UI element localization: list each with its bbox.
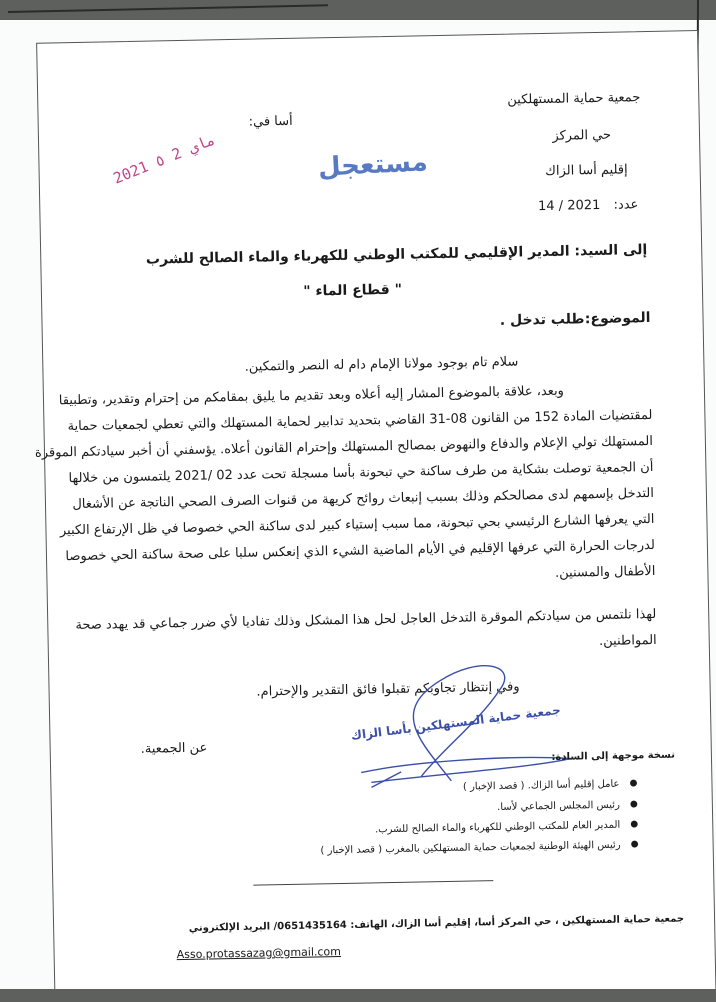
request-line-1: لهذا نلتمس من سيادتكم الموقرة التدخل الع… (75, 602, 656, 640)
recipient-sector: " قطاع الماء " (303, 282, 402, 300)
urgent-stamp: مستعجل (317, 147, 428, 183)
subject-label: الموضوع: (585, 310, 651, 327)
reference-number: 2021 / 14 (538, 198, 601, 214)
org-name: جمعية حماية المستهلكين (507, 90, 640, 108)
request-line-2: المواطنين. (599, 628, 657, 656)
body-line-8: الأطفال والمسنين. (555, 559, 656, 587)
on-behalf-label: عن الجمعية. (141, 741, 208, 757)
scan-bottom-border (0, 989, 716, 1002)
subject-value: طلب تدخل . (500, 311, 585, 329)
footer-email[interactable]: Asso.protassazag@gmail.com (176, 940, 341, 962)
copy-item-1: عامل إقليم أسا الزاك. ( قصد الإخبار ) (463, 779, 620, 793)
district: حي المركز (552, 128, 611, 144)
divider (253, 880, 493, 886)
footer-address: جمعية حماية المستهلكين ، حي المركز أسا، … (189, 913, 684, 934)
copy-item-2: رئيس المجلس الجماعي لأسا. (497, 800, 620, 813)
place-date-label: أسا في: (249, 114, 293, 130)
province: إقليم أسا الزاك (545, 162, 628, 179)
copy-item-3: المدير العام للمكتب الوطني للكهرباء والم… (375, 820, 620, 836)
recipient-line: إلى السيد: المدير الإقليمي للمكتب الوطني… (146, 242, 648, 268)
copy-item-4: رئيس الهيئة الوطنية لجمعيات حماية المسته… (320, 840, 620, 857)
email-link[interactable]: Asso.protassazag@gmail.com (177, 945, 342, 961)
bullet-icon: ● (630, 799, 638, 809)
bullet-icon: ● (629, 778, 637, 788)
copies-title: نسخة موجهة إلى السادة: (551, 750, 675, 763)
greeting: سلام تام بوجود مولانا الإمام دام له النص… (244, 350, 518, 382)
bullet-icon: ● (630, 819, 638, 829)
reference-number-label: عدد: (613, 197, 638, 212)
bullet-icon: ● (631, 839, 639, 849)
